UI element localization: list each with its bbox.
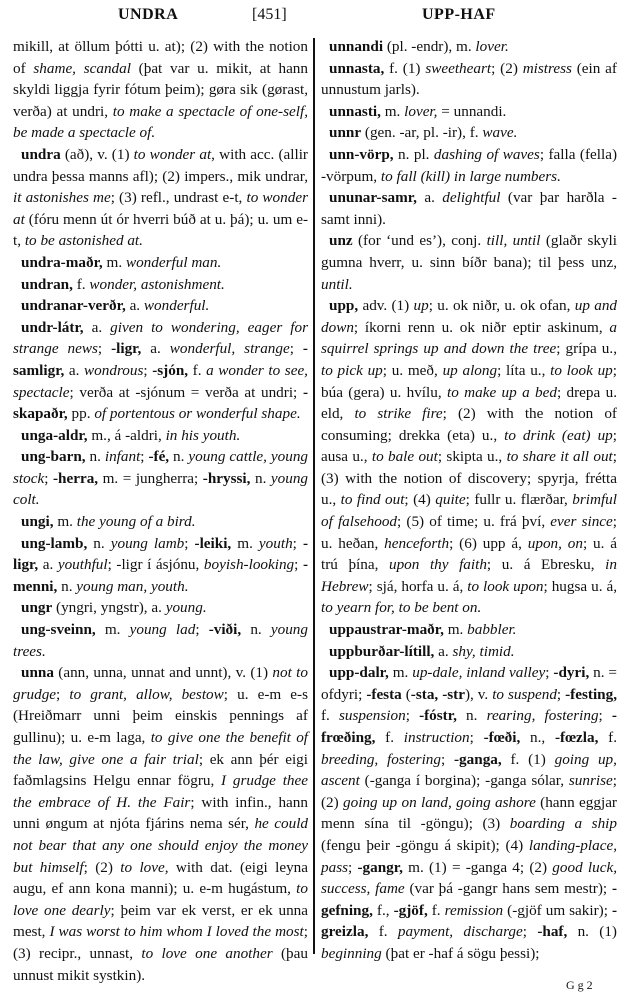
entry-text: ( xyxy=(402,686,411,703)
entry-text: a. xyxy=(434,643,452,660)
entry-text: m. = jungherra; xyxy=(98,470,203,487)
dictionary-entry: unnandi (pl. -endr), m. lover. xyxy=(321,36,617,58)
entry-text: ), v. xyxy=(465,686,492,703)
translation: infant xyxy=(105,448,140,465)
entry-text: ; (2) xyxy=(84,859,121,876)
entry-text: (yngri, yngstr), a. xyxy=(52,599,165,616)
entry-text: m. xyxy=(381,103,404,120)
headword: unna xyxy=(21,664,54,681)
translation: to grant, allow, bestow xyxy=(69,686,223,703)
right-column: unnandi (pl. -endr), m. lover.unnasta, f… xyxy=(321,36,617,965)
left-running-headword: UNDRA xyxy=(118,6,178,24)
entry-text: (þat er -haf á sögu þessi); xyxy=(382,945,540,962)
right-running-headword: UPP-HAF xyxy=(422,6,496,24)
headword: -festa xyxy=(366,686,401,703)
entry-text: m. (1) = -ganga 4; (2) xyxy=(403,859,552,876)
dictionary-entry: undran, f. wonder, astonishment. xyxy=(13,274,308,296)
translation: young lamb xyxy=(111,535,185,552)
entry-text: ; u. ok niðr, u. ok ofan, xyxy=(429,297,575,314)
headword: unga-aldr, xyxy=(21,427,88,444)
translation: ever since xyxy=(550,513,612,530)
translation: till, until xyxy=(487,232,541,249)
left-column: mikill, at öllum þótti u. at); (2) with … xyxy=(13,36,308,986)
entry-text: (-ganga í borgina); -ganga sólar, xyxy=(360,772,569,789)
dictionary-entry: upp, adv. (1) up; u. ok niðr, u. ok ofan… xyxy=(321,295,617,619)
translation: up xyxy=(414,297,429,314)
entry-text: f. xyxy=(375,729,403,746)
translation: shame, scandal xyxy=(33,60,131,77)
entry-text: (-gjöf um sakir); xyxy=(503,902,612,919)
entry-text: ; líta u., xyxy=(497,362,550,379)
headword: ung-sveinn, xyxy=(21,621,96,638)
headword: -festing, xyxy=(565,686,617,703)
entry-text: n. xyxy=(57,578,76,595)
headword: -dyri, xyxy=(553,664,589,681)
headword: -sta, -str xyxy=(411,686,465,703)
entry-text: ; -ligr í ásjónu, xyxy=(108,556,204,573)
translation: youthful xyxy=(58,556,108,573)
entry-text: n. xyxy=(250,470,270,487)
translation: of portentous or wonderful shape. xyxy=(94,405,300,422)
translation: to make up a bed xyxy=(447,384,557,401)
entry-text: ; xyxy=(406,707,419,724)
entry-text: n. xyxy=(457,707,487,724)
headword: -leiki, xyxy=(195,535,232,552)
headword: -fé, xyxy=(148,448,169,465)
headword: upp, xyxy=(329,297,358,314)
entry-text: pp. xyxy=(68,405,95,422)
translation: youth xyxy=(259,535,293,552)
dictionary-entry: uppaustrar-maðr, m. babbler. xyxy=(321,619,617,641)
headword: unnasti, xyxy=(329,103,381,120)
entry-text: ; (6) upp á, xyxy=(449,535,528,552)
entry-text: f. (1) xyxy=(502,751,555,768)
entry-text: ; sjá, horfa u. á, xyxy=(369,578,468,595)
entry-text: ; skipta u., xyxy=(438,448,507,465)
translation: upon thy faith xyxy=(389,556,487,573)
translation: babbler. xyxy=(467,621,516,638)
dictionary-entry: undra (að), v. (1) to wonder at, with ac… xyxy=(13,144,308,252)
translation: wondrous xyxy=(84,362,143,379)
headword: uppaustrar-maðr, xyxy=(329,621,444,638)
translation: suspension xyxy=(339,707,406,724)
translation: payment, discharge xyxy=(398,923,523,940)
translation: to suspend xyxy=(492,686,557,703)
headword: -gjöf, xyxy=(394,902,428,919)
entry-text: adv. (1) xyxy=(358,297,413,314)
dictionary-entry: upp-dalr, m. up-dale, inland valley; -dy… xyxy=(321,662,617,964)
entry-text: a. xyxy=(38,556,58,573)
dictionary-entry: ung-sveinn, m. young lad; -viði, n. youn… xyxy=(13,619,308,662)
dictionary-entry: unga-aldr, m., á -aldri, in his youth. xyxy=(13,425,308,447)
entry-text: f. xyxy=(321,707,339,724)
entry-text: ; (5) of time; u. frá því, xyxy=(397,513,550,530)
dictionary-entry: mikill, at öllum þótti u. at); (2) with … xyxy=(13,36,308,144)
entry-text: (fengu þeir -göngu á skipit); (4) xyxy=(321,837,529,854)
translation: wonderful man. xyxy=(126,254,221,271)
translation: until. xyxy=(321,276,353,293)
translation: in his youth. xyxy=(166,427,241,444)
translation: young. xyxy=(166,599,207,616)
column-divider xyxy=(313,38,315,954)
translation: to wonder at, xyxy=(134,146,215,163)
translation: wonderful. xyxy=(144,297,209,314)
entry-text: ; grípa u., xyxy=(556,340,617,357)
headword: ungr xyxy=(21,599,52,616)
translation: to yearn for, to be bent on. xyxy=(321,599,481,616)
entry-text: ; (3) refl., undrast e-t, xyxy=(111,189,247,206)
entry-text: ; xyxy=(293,535,303,552)
entry-text: n. xyxy=(86,448,105,465)
entry-text: ; xyxy=(195,621,208,638)
translation: wonderful, strange xyxy=(170,340,290,357)
translation: henceforth xyxy=(384,535,449,552)
translation: beginning xyxy=(321,945,382,962)
translation: boarding a ship xyxy=(510,815,617,832)
dictionary-entry: unnasti, m. lover, = unnandi. xyxy=(321,101,617,123)
dictionary-entry: ung-lamb, n. young lamb; -leiki, m. yout… xyxy=(13,533,308,598)
headword: ununar-samr, xyxy=(329,189,417,206)
page-header: UNDRA [451] UPP-HAF xyxy=(0,4,625,26)
headword: uppburðar-lítill, xyxy=(329,643,434,660)
entry-text: (ann, unna, unnat and unnt), v. (1) xyxy=(54,664,272,681)
dictionary-entry: ungr (yngri, yngstr), a. young. xyxy=(13,597,308,619)
translation: to strike fire xyxy=(354,405,442,422)
entry-text: ; fullr u. flærðar, xyxy=(466,491,573,508)
dictionary-entry: undra-maðr, m. wonderful man. xyxy=(13,252,308,274)
headword: -fóstr, xyxy=(419,707,457,724)
dictionary-entry: unna (ann, unna, unnat and unnt), v. (1)… xyxy=(13,662,308,986)
dictionary-entry: undr-látr, a. given to wondering, eager … xyxy=(13,317,308,425)
headword: -fœði, xyxy=(484,729,521,746)
headword: -ligr, xyxy=(111,340,141,357)
translation: sweetheart xyxy=(425,60,491,77)
translation: instruction xyxy=(404,729,470,746)
translation: to look upon xyxy=(467,578,543,595)
headword: -haf, xyxy=(537,923,567,940)
headword: -hryssi, xyxy=(203,470,251,487)
translation: going up on land, going ashore xyxy=(343,794,536,811)
translation: boyish-looking xyxy=(204,556,294,573)
headword: upp-dalr, xyxy=(329,664,389,681)
translation: young man, youth. xyxy=(76,578,188,595)
entry-text: = unnandi. xyxy=(437,103,506,120)
translation: it astonishes me xyxy=(13,189,111,206)
entry-text: m. xyxy=(231,535,259,552)
translation: wonder, astonishment. xyxy=(89,276,224,293)
entry-text: (var þá -gangr hans sem mestr); xyxy=(405,880,612,897)
entry-text: n. xyxy=(241,621,271,638)
translation: wave. xyxy=(482,124,517,141)
headword: -viði, xyxy=(209,621,241,638)
entry-text: n. (1) xyxy=(567,923,617,940)
entry-text: m. xyxy=(96,621,130,638)
translation: to love one another xyxy=(141,945,272,962)
translation: upon, on xyxy=(528,535,583,552)
dictionary-entry: unn-vörp, n. pl. dashing of waves; falla… xyxy=(321,144,617,187)
entry-text: a. xyxy=(126,297,144,314)
headword: -gangr, xyxy=(357,859,402,876)
headword: -ganga, xyxy=(454,751,502,768)
translation: lover. xyxy=(475,38,508,55)
headword: -sjón, xyxy=(152,362,188,379)
headword: ungi, xyxy=(21,513,54,530)
entry-text: a. xyxy=(141,340,169,357)
entry-text: a. xyxy=(84,319,111,336)
entry-text: f., xyxy=(373,902,394,919)
translation: up-dale, inland valley xyxy=(412,664,545,681)
translation: I was worst to him whom I loved the most xyxy=(49,923,303,940)
entry-text: ; xyxy=(98,340,111,357)
headword: undranar-verðr, xyxy=(21,297,126,314)
entry-text: ; xyxy=(143,362,152,379)
signature-mark: G g 2 xyxy=(566,978,593,993)
translation: young lad xyxy=(130,621,196,638)
entry-text: m. xyxy=(389,664,412,681)
entry-text: ; u. á Ebresku, xyxy=(487,556,605,573)
headword: undr-látr, xyxy=(21,319,84,336)
entry-text: n. xyxy=(169,448,188,465)
headword: ung-lamb, xyxy=(21,535,87,552)
translation: sunrise xyxy=(569,772,613,789)
dictionary-entry: undranar-verðr, a. wonderful. xyxy=(13,295,308,317)
dictionary-entry: ung-barn, n. infant; -fé, n. young cattl… xyxy=(13,446,308,511)
translation: quite xyxy=(435,491,465,508)
entry-text: (for ‘und es’), conj. xyxy=(353,232,487,249)
entry-text: ; xyxy=(44,470,53,487)
dictionary-entry: uppburðar-lítill, a. shy, timid. xyxy=(321,641,617,663)
dictionary-entry: unnasta, f. (1) sweetheart; (2) mistress… xyxy=(321,58,617,101)
entry-text: m., á -aldri, xyxy=(88,427,166,444)
entry-text: f. xyxy=(428,902,445,919)
headword: unn-vörp, xyxy=(329,146,394,163)
entry-text: f. (1) xyxy=(384,60,425,77)
headword: undra-maðr, xyxy=(21,254,103,271)
entry-text: ; xyxy=(294,556,303,573)
headword: unz xyxy=(329,232,353,249)
translation: breeding, fostering xyxy=(321,751,441,768)
translation: lover, xyxy=(404,103,437,120)
entry-text: a. xyxy=(64,362,84,379)
entry-text: n. xyxy=(87,535,110,552)
entry-text: m. xyxy=(54,513,77,530)
translation: to fall (kill) in large numbers. xyxy=(381,168,561,185)
dictionary-entry: ununar-samr, a. delightful (var þar harð… xyxy=(321,187,617,230)
entry-text: n. pl. xyxy=(394,146,434,163)
entry-text: (gen. -ar, pl. -ir), f. xyxy=(361,124,482,141)
entry-text: f. xyxy=(368,923,397,940)
translation: to look up xyxy=(550,362,613,379)
entry-text: ; xyxy=(523,923,538,940)
entry-text: ; xyxy=(56,686,69,703)
entry-text: ; u. með, xyxy=(383,362,443,379)
translation: to find out xyxy=(341,491,405,508)
translation: mistress xyxy=(523,60,572,77)
headword: undran, xyxy=(21,276,73,293)
headword: -herra, xyxy=(53,470,98,487)
translation: delightful xyxy=(442,189,500,206)
entry-text: ; verða at -sjónum = verða at undri; xyxy=(70,384,303,401)
dictionary-entry: unnr (gen. -ar, pl. -ir), f. wave. xyxy=(321,122,617,144)
entry-text: ; (4) xyxy=(404,491,435,508)
entry-text: ; (2) xyxy=(491,60,523,77)
entry-text: (pl. -endr), m. xyxy=(383,38,475,55)
entry-text: ; íkorni renn u. ok niðr eptir askinum, xyxy=(354,319,609,336)
entry-text: f. xyxy=(598,729,617,746)
headword: unnasta, xyxy=(329,60,384,77)
dictionary-entry: ungi, m. the young of a bird. xyxy=(13,511,308,533)
translation: dashing of waves xyxy=(434,146,540,163)
entry-text: ; xyxy=(290,340,303,357)
entry-text: ; xyxy=(441,751,454,768)
translation: up along xyxy=(443,362,498,379)
headword: -fœzla, xyxy=(555,729,598,746)
dictionary-entry: unz (for ‘und es’), conj. till, until (g… xyxy=(321,230,617,295)
entry-text: ; xyxy=(184,535,194,552)
entry-text: (að), v. (1) xyxy=(61,146,134,163)
entry-text: f. xyxy=(188,362,206,379)
translation: rearing, fostering xyxy=(487,707,599,724)
headword: unnandi xyxy=(329,38,383,55)
entry-text: m. xyxy=(444,621,467,638)
entry-text: a. xyxy=(417,189,442,206)
translation: to bale out xyxy=(372,448,438,465)
entry-text: n., xyxy=(520,729,555,746)
translation: to share it all out xyxy=(507,448,613,465)
translation: to be astonished at. xyxy=(25,232,143,249)
translation: to pick up xyxy=(321,362,383,379)
headword: unnr xyxy=(329,124,361,141)
entry-text: m. xyxy=(103,254,126,271)
headword: undra xyxy=(21,146,61,163)
translation: the young of a bird. xyxy=(77,513,196,530)
entry-text: ; xyxy=(599,707,612,724)
entry-text: ; hugsa u. á, xyxy=(544,578,617,595)
entry-text: ; xyxy=(470,729,484,746)
headword: ung-barn, xyxy=(21,448,86,465)
entry-text: ; xyxy=(557,686,565,703)
translation: shy, timid. xyxy=(453,643,515,660)
entry-text: f. xyxy=(73,276,89,293)
translation: remission xyxy=(445,902,504,919)
translation: to love, xyxy=(120,859,168,876)
page-number: [451] xyxy=(252,6,287,24)
translation: to drink (eat) up xyxy=(504,427,613,444)
